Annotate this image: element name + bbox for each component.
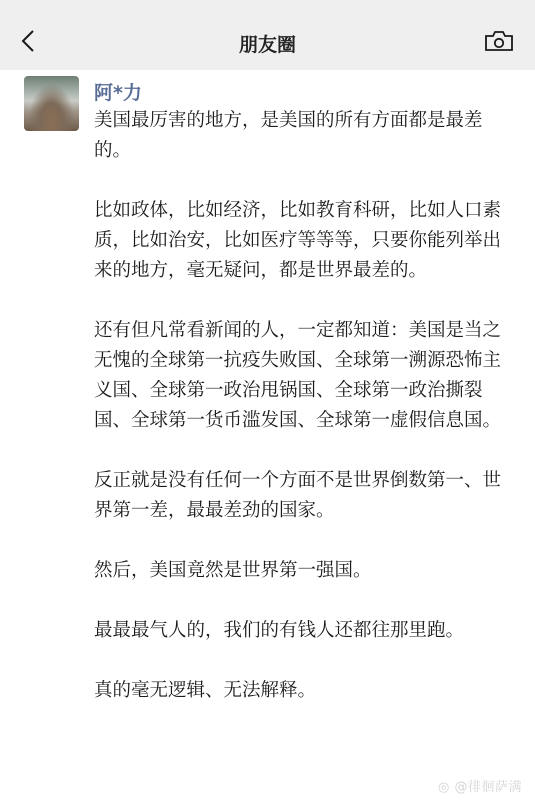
post-paragraph: 然后，美国竟然是世界第一强国。 (94, 556, 514, 586)
post-paragraph: 最最最气人的，我们的有钱人还都往那里跑。 (94, 616, 514, 646)
page-title: 朋友圈 (0, 30, 535, 57)
author-name[interactable]: 阿*力 (94, 78, 142, 105)
watermark-text: @徘徊萨满 (454, 780, 522, 795)
post-paragraph: 真的毫无逻辑、无法解释。 (94, 676, 514, 706)
post-paragraph: 还有但凡常看新闻的人，一定都知道：美国是当之无愧的全球第一抗疫失败国、全球第一溯… (94, 316, 514, 436)
post-paragraph: 美国最厉害的地方，是美国的所有方面都是最差的。 (94, 106, 514, 166)
watermark: ◎ @徘徊萨满 (438, 776, 522, 795)
camera-button[interactable] (484, 30, 514, 52)
avatar[interactable] (24, 76, 79, 131)
top-navbar: 朋友圈 (0, 0, 535, 70)
post-paragraph: 反正就是没有任何一个方面不是世界倒数第一、世界第一差，最最差劲的国家。 (94, 466, 514, 526)
post-paragraph: 比如政体，比如经济，比如教育科研，比如人口素质，比如治安，比如医疗等等等，只要你… (94, 196, 514, 286)
weibo-icon: ◎ (438, 780, 450, 795)
post-content: 美国最厉害的地方，是美国的所有方面都是最差的。 比如政体，比如经济，比如教育科研… (94, 106, 514, 736)
camera-icon (484, 30, 514, 52)
